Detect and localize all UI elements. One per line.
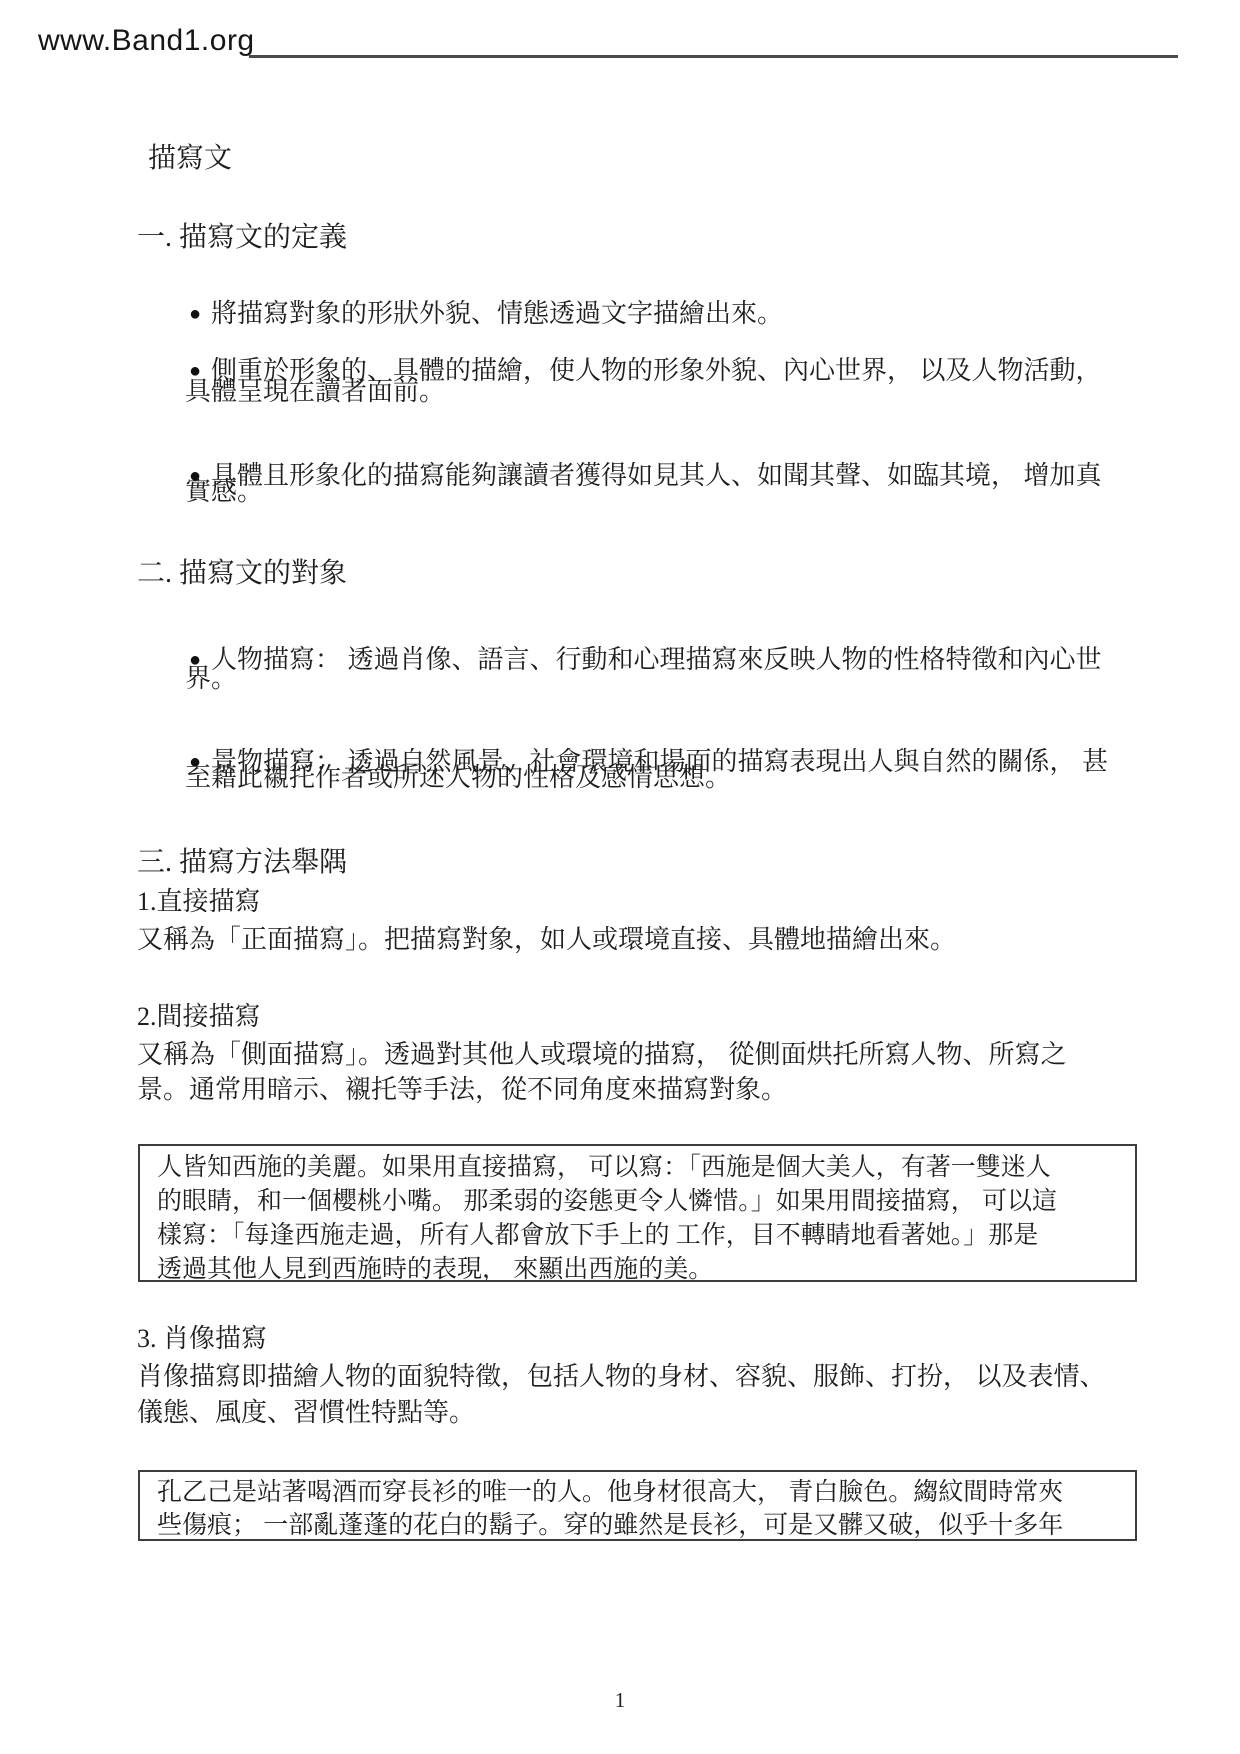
bullet-text: 人物描寫： 透過肖像、語言、行動和心理描寫來反映人物的性格特徵和內心世 [211,645,1102,674]
page-title: 描寫文 [148,143,232,175]
section-1-heading: 一. 描寫文的定義 [137,222,347,254]
section-3-heading: 三. 描寫方法舉隅 [137,847,347,879]
example-box-kongyiji: 孔乙己是站著喝酒而穿長衫的唯一的人。他身材很高大， 青白臉色。縐紋間時常夾 些傷… [138,1470,1137,1541]
example-text-line: 樣寫：「每逢西施走過，所有人都會放下手上的 工作，目不轉睛地看著她。」那是 [157,1219,1123,1253]
bullet-text-continuation: 實感。 [185,476,263,508]
bullet-item: ●具體且形象化的描寫能夠讓讀者獲得如見其人、如聞其聲、如臨其境， 增加真 [163,428,1102,524]
example-text-line: 的眼睛，和一個櫻桃小嘴。 那柔弱的姿態更令人憐惜。」如果用間接描寫， 可以這 [157,1185,1123,1219]
site-logo-text: www.Band1.org [38,24,255,58]
method-3-title: 3. 肖像描寫 [137,1323,267,1355]
method-2-text: 景。通常用暗示、襯托等手法，從不同角度來描寫對象。 [137,1074,787,1106]
example-text-line: 人皆知西施的美麗。如果用直接描寫， 可以寫：「西施是個大美人，有著一雙迷人 [157,1151,1123,1185]
example-box-xishi: 人皆知西施的美麗。如果用直接描寫， 可以寫：「西施是個大美人，有著一雙迷人 的眼… [138,1144,1137,1282]
bullet-text-continuation: 界。 [185,663,237,695]
example-text-line: 孔乙己是站著喝酒而穿長衫的唯一的人。他身材很高大， 青白臉色。縐紋間時常夾 [157,1476,1123,1509]
method-1-text: 又稱為「正面描寫」。把描寫對象，如人或環境直接、具體地描繪出來。 [137,924,956,956]
bullet-text: 具體且形象化的描寫能夠讓讀者獲得如見其人、如聞其聲、如臨其境， 增加真 [211,461,1102,490]
method-2-title: 2.間接描寫 [137,1001,261,1033]
bullet-text-continuation: 至藉此襯托作者或所述人物的性格及感情思想。 [185,762,731,794]
method-1-title: 1.直接描寫 [137,886,261,918]
method-3-text: 儀態、風度、習慣性特點等。 [137,1397,475,1429]
method-3-text: 肖像描寫即描繪人物的面貌特徵，包括人物的身材、容貌、服飾、打扮， 以及表情、 [137,1361,1106,1393]
document-page: www.Band1.org 描寫文 一. 描寫文的定義 ●將描寫對象的形狀外貌、… [0,0,1240,1754]
bullet-text-continuation: 具體呈現在讀者面前。 [185,376,445,408]
example-text-line: 透過其他人見到西施時的表現， 來顯出西施的美。 [157,1253,1123,1282]
page-number: 1 [0,1688,1240,1713]
header-rule [249,55,1178,58]
example-text-line: 些傷痕； 一部亂蓬蓬的花白的鬍子。穿的雖然是長衫，可是又髒又破，似乎十多年 [157,1509,1123,1541]
section-2-heading: 二. 描寫文的對象 [137,558,347,590]
method-2-text: 又稱為「側面描寫」。透過對其他人或環境的描寫， 從側面烘托所寫人物、所寫之 [137,1039,1067,1071]
bullet-item: ●人物描寫： 透過肖像、語言、行動和心理描寫來反映人物的性格特徵和內心世 [163,612,1102,708]
